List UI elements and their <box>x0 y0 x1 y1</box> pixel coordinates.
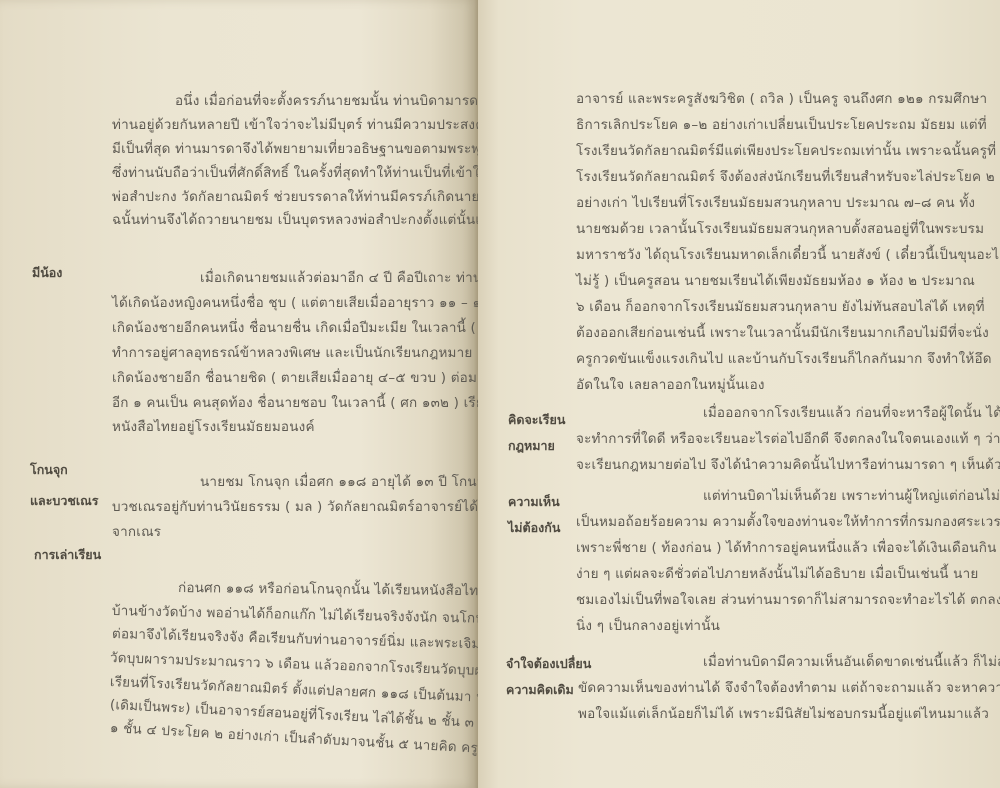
text-line: โรงเรียนวัดกัลยาณมิตร์ จึงต้องส่งนักเรีย… <box>576 165 995 187</box>
text-line: จะทำการที่ใดดี หรือจะเรียนอะไรต่อไปอีกดี… <box>576 427 1000 449</box>
text-line: เกิดน้องชายอีก ชื่อนายชิด ( ตายเสียเมื่อ… <box>112 366 479 388</box>
text-line: อัดในใจ เลยลาออกในหมู่นั้นเอง <box>576 373 765 395</box>
text-line: อนึ่ง เมื่อก่อนที่จะตั้งครรภ์นายชมนั้น ท… <box>175 89 479 111</box>
left-page: มีน้อง โกนจุก และบวชเณร การเล่าเรียน อนึ… <box>0 0 479 788</box>
text-line: นายชมด้วย เวลานั้นโรงเรียนมัธยมสวนกุหลาบ… <box>576 217 984 239</box>
text-line: หนังสือไทยอยู่โรงเรียนมัธยมอนงค์ <box>112 415 315 437</box>
text-line: ธิการเลิกประโยค ๑–๒ อย่างเก่าเปลี่ยนเป็น… <box>576 113 987 135</box>
text-line: ครูกวดขันแข็งแรงเกินไป และบ้านกับโรงเรีย… <box>576 347 992 369</box>
text-line: เมื่อเกิดนายชมแล้วต่อมาอีก ๔ ปี คือปีเถา… <box>200 266 479 288</box>
text-line: ขัดความเห็นของท่านได้ จึงจำใจต้องทำตาม แ… <box>578 676 1000 698</box>
text-line: ต้องออกเสียก่อนเช่นนี้ เพราะในเวลานั้นมี… <box>576 321 989 343</box>
text-line: อย่างเก่า ไปเรียนที่โรงเรียนมัธยมสวนกุหล… <box>576 191 975 213</box>
side-heading-education: การเล่าเรียน <box>34 545 101 565</box>
text-line: ท่านอยู่ด้วยกันหลายปี เข้าใจว่าจะไม่มีบุ… <box>112 113 479 135</box>
text-line: แต่ท่านบิดาไม่เห็นด้วย เพราะท่านผู้ใหญ่แ… <box>703 484 1000 506</box>
text-line: จากเณร <box>112 520 161 542</box>
side-heading-thinking-to-study: คิดจะเรียน <box>508 410 565 430</box>
text-line: ง่าย ๆ แต่ผลจะดีชั่วต่อไปภายหลังนั้นไม่ไ… <box>576 562 979 584</box>
text-line: พ่อสำปะกง วัดกัลยาณมิตร์ ช่วยบรรดาลให้ท่… <box>112 185 479 207</box>
text-line: บวชเณรอยู่กับท่านวินัยธรรม ( มล ) วัดกัล… <box>112 495 479 517</box>
text-line: ซึ่งท่านนับถือว่าเป็นที่ศักดิ์สิทธิ์ ในค… <box>112 161 479 183</box>
side-heading-novice-ordination: และบวชเณร <box>30 491 98 511</box>
text-line: มีเป็นที่สุด ท่านมารดาจึงได้พยายามเที่ยว… <box>112 137 479 159</box>
text-line: ฉนั้นท่านจึงได้ถวายนายชม เป็นบุตรหลวงพ่อ… <box>112 208 479 230</box>
side-heading-reluctantly-change: จำใจต้องเปลื่ยน <box>506 654 591 674</box>
side-heading-have-siblings: มีน้อง <box>32 263 62 283</box>
open-book-spread: มีน้อง โกนจุก และบวชเณร การเล่าเรียน อนึ… <box>0 0 1000 788</box>
side-heading-topknot-cutting: โกนจุก <box>30 460 68 480</box>
text-line: จะเรียนกฎหมายต่อไป จึงได้นำความคิดนั้นไป… <box>576 453 1000 475</box>
text-line: นิ่ง ๆ เป็นกลางอยู่เท่านั้น <box>576 614 720 636</box>
text-line: ชมเองไม่เป็นที่พอใจเลย ส่วนท่านมารดาก็ไม… <box>576 588 1000 610</box>
text-line: นายชม โกนจุก เมื่อศก ๑๑๘ อายุได้ ๑๓ ปี โ… <box>200 470 479 492</box>
text-line: เป็นหมอถ้อยร้อยความ ความตั้งใจของท่านจะใ… <box>576 510 1000 532</box>
text-line: พอใจแม้แต่เล็กน้อยก็ไม่ได้ เพราะมีนิสัยไ… <box>578 702 989 724</box>
text-line: ไม่รู้ ) เป็นครูสอน นายชมเรียนได้เพียงมั… <box>576 269 975 291</box>
text-line: ทำการอยู่ศาลอุทธรณ์ข้าหลวงพิเศษ และเป็นน… <box>112 341 479 363</box>
text-line: โรงเรียนวัดกัลยาณมิตร์มีแต่เพียงประโยคปร… <box>576 139 996 161</box>
side-heading-disagree: ไม่ต้องกัน <box>508 518 560 538</box>
text-line: เมื่อท่านบิดามีความเห็นอันเด็ดขาดเช่นนี้… <box>703 650 1000 672</box>
right-page: คิดจะเรียน กฎหมาย ความเห็น ไม่ต้องกัน จำ… <box>478 0 1000 788</box>
text-line: เกิดน้องชายอีกคนหนึ่ง ชื่อนายชื่น เกิดเม… <box>112 316 479 338</box>
side-heading-opinion: ความเห็น <box>508 492 560 512</box>
side-heading-original-idea: ความคิดเดิม <box>506 680 574 700</box>
text-line: ๖ เดือน ก็ออกจากโรงเรียนมัธยมสวนกุหลาบ ย… <box>576 295 985 317</box>
text-line: ได้เกิดน้องหญิงคนหนึ่งชื่อ ชุบ ( แต่ตายเ… <box>112 291 479 313</box>
text-line: เมื่อออกจากโรงเรียนแล้ว ก่อนที่จะหารือผู… <box>703 401 1000 423</box>
text-line: มหาราชวัง ได้ถุนโรงเรียนมหาดเล็กเดี๋ยวนี… <box>576 243 1000 265</box>
side-heading-law: กฎหมาย <box>508 436 555 456</box>
text-line: เพราะพี่ชาย ( ท้องก่อน ) ได้ทำการอยู่คนห… <box>576 536 997 558</box>
text-line: ก่อนศก ๑๑๘ หรือก่อนโกนจุกนั้น ได้เรียนหน… <box>178 576 479 601</box>
text-line: อีก ๑ คนเป็น คนสุดท้อง ชื่อนายชอบ ในเวลา… <box>112 391 479 413</box>
text-line: อาจารย์ และพระครูสังฆวิชิต ( ถวิล ) เป็น… <box>576 87 987 109</box>
